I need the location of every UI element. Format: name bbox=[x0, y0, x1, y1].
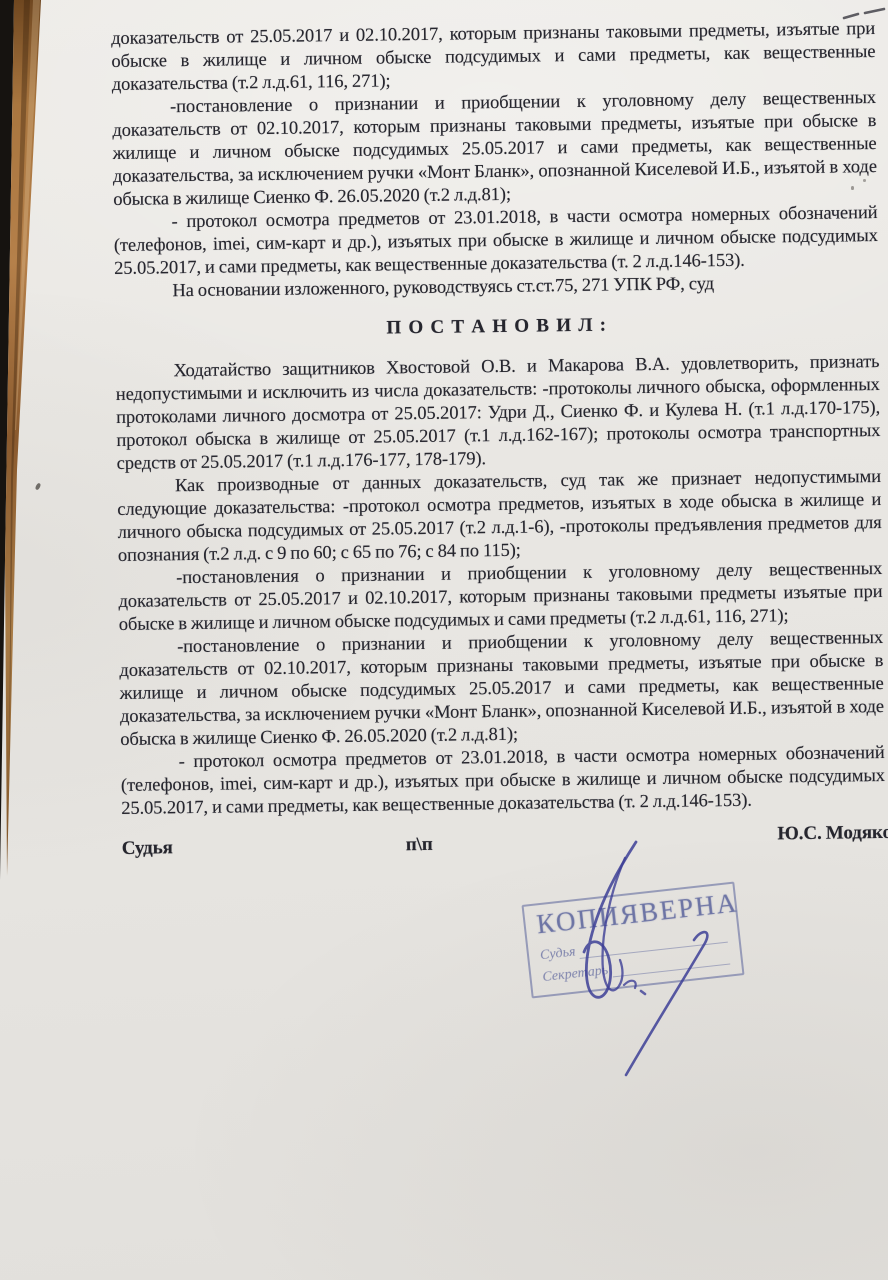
pen-dash bbox=[865, 9, 884, 13]
paragraph: -постановление о признании и приобщении … bbox=[119, 627, 884, 752]
paragraph: - протокол осмотра предметов от 23.01.20… bbox=[121, 742, 886, 821]
resolution-heading: П О С Т А Н О В И Л : bbox=[115, 310, 879, 343]
paragraph: -постановления о признании и приобщении … bbox=[118, 558, 883, 637]
ink-speck bbox=[863, 179, 866, 182]
judge-label: Судья bbox=[122, 836, 173, 860]
page-content: доказательств от 25.05.2017 и 02.10.2017… bbox=[111, 18, 886, 863]
paragraph: -постановление о признании и приобщении … bbox=[112, 87, 877, 212]
paragraph: - протокол осмотра предметов от 23.01.20… bbox=[113, 202, 878, 281]
judge-name: Ю.С. Модяков bbox=[777, 821, 888, 846]
paragraph: Как производные от данных доказательств,… bbox=[117, 466, 882, 568]
copy-mark: п\п bbox=[406, 833, 433, 856]
paragraph: доказательств от 25.05.2017 и 02.10.2017… bbox=[111, 18, 876, 97]
pen-dash bbox=[844, 14, 858, 18]
photo-left-edge bbox=[0, 0, 52, 900]
paragraph: Ходатайство защитников Хвостовой О.В. и … bbox=[115, 351, 880, 476]
ink-speck bbox=[851, 186, 854, 190]
pen-dashes-top-right bbox=[838, 4, 888, 30]
pen-signature bbox=[495, 828, 765, 1098]
